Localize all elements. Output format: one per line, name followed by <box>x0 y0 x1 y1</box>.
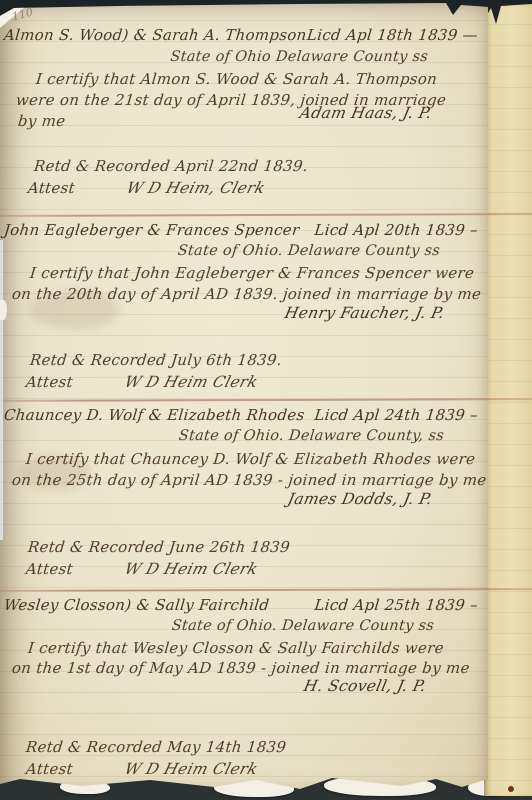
attest-row: AttestW D Heim Clerk <box>25 560 258 578</box>
certify-line: on the 25th day of April AD 1839 - joine… <box>11 471 488 489</box>
clerk-signature: W D Heim Clerk <box>122 560 260 578</box>
attest-row: AttestW D Heim, Clerk <box>27 179 266 197</box>
attest-label: Attest <box>25 760 74 778</box>
couple-names: Wesley Closson) & Sally Fairchild <box>3 596 270 614</box>
attest-row: AttestW D Heim Clerk <box>25 373 258 391</box>
clerk-signature: W D Heim, Clerk <box>124 179 267 197</box>
state-line: State of Ohio Delaware County ss <box>0 49 489 65</box>
return-line: Retd & Recorded July 6th 1839. <box>29 351 283 369</box>
return-line: Retd & Recorded May 14th 1839 <box>25 738 287 756</box>
license-info: Licd Apl 18th 1839 — <box>306 26 479 44</box>
document-scan: 110 Almon S. Wood) & Sarah A. Thompson L… <box>0 0 532 800</box>
license-info: Licd Apl 24th 1839 – <box>314 406 479 424</box>
license-info: Licd Apl 20th 1839 – <box>314 221 479 239</box>
record-title: Chauncey D. Wolf & Elizabeth Rhodes Licd… <box>3 406 479 424</box>
officiant-signature: James Dodds, J. P. <box>286 490 434 508</box>
certify-line: on the 1st day of May AD 1839 - joined i… <box>11 659 471 677</box>
record-title: Almon S. Wood) & Sarah A. Thompson Licd … <box>3 26 479 44</box>
attest-label: Attest <box>27 179 76 197</box>
attest-label: Attest <box>25 560 74 578</box>
couple-names: Chauncey D. Wolf & Elizabeth Rhodes <box>3 406 306 424</box>
attest-label: Attest <box>25 373 74 391</box>
record-title: John Eagleberger & Frances Spencer Licd … <box>3 221 479 239</box>
certify-line: I certify that Wesley Closson & Sally Fa… <box>27 639 445 657</box>
clerk-signature: W D Heim Clerk <box>122 760 260 778</box>
couple-names: John Eagleberger & Frances Spencer <box>3 221 300 239</box>
certify-line: I certify that Almon S. Wood & Sarah A. … <box>35 70 438 88</box>
certify-line: I certify that John Eagleberger & France… <box>29 264 475 282</box>
record-title: Wesley Closson) & Sally Fairchild Licd A… <box>3 596 479 614</box>
certify-line: I certify that Chauncey D. Wolf & Elizab… <box>25 450 476 468</box>
officiant-signature: H. Scovell, J. P. <box>302 677 428 695</box>
return-line: Retd & Recorded April 22nd 1839. <box>33 157 309 175</box>
clerk-signature: W D Heim Clerk <box>122 373 260 391</box>
state-line: State of Ohio. Delaware County ss <box>0 618 489 634</box>
edge-nick <box>0 300 7 320</box>
state-line: State of Ohio. Delaware County ss <box>0 243 489 259</box>
scan-edge-sliver <box>0 240 3 540</box>
state-line: State of Ohio. Delaware County, ss <box>0 428 489 444</box>
certify-line: by me <box>17 112 66 130</box>
officiant-signature: Henry Faucher, J. P. <box>283 304 446 322</box>
return-line: Retd & Recorded June 26th 1839 <box>27 538 291 556</box>
license-info: Licd Apl 25th 1839 – <box>314 596 479 614</box>
attest-row: AttestW D Heim Clerk <box>25 760 258 778</box>
couple-names: Almon S. Wood) & Sarah A. Thompson <box>3 26 308 44</box>
certify-line: on the 20th day of April AD 1839. joined… <box>11 285 482 303</box>
ink-spot <box>508 786 514 792</box>
officiant-signature: Adam Haas, J. P. <box>298 104 433 122</box>
